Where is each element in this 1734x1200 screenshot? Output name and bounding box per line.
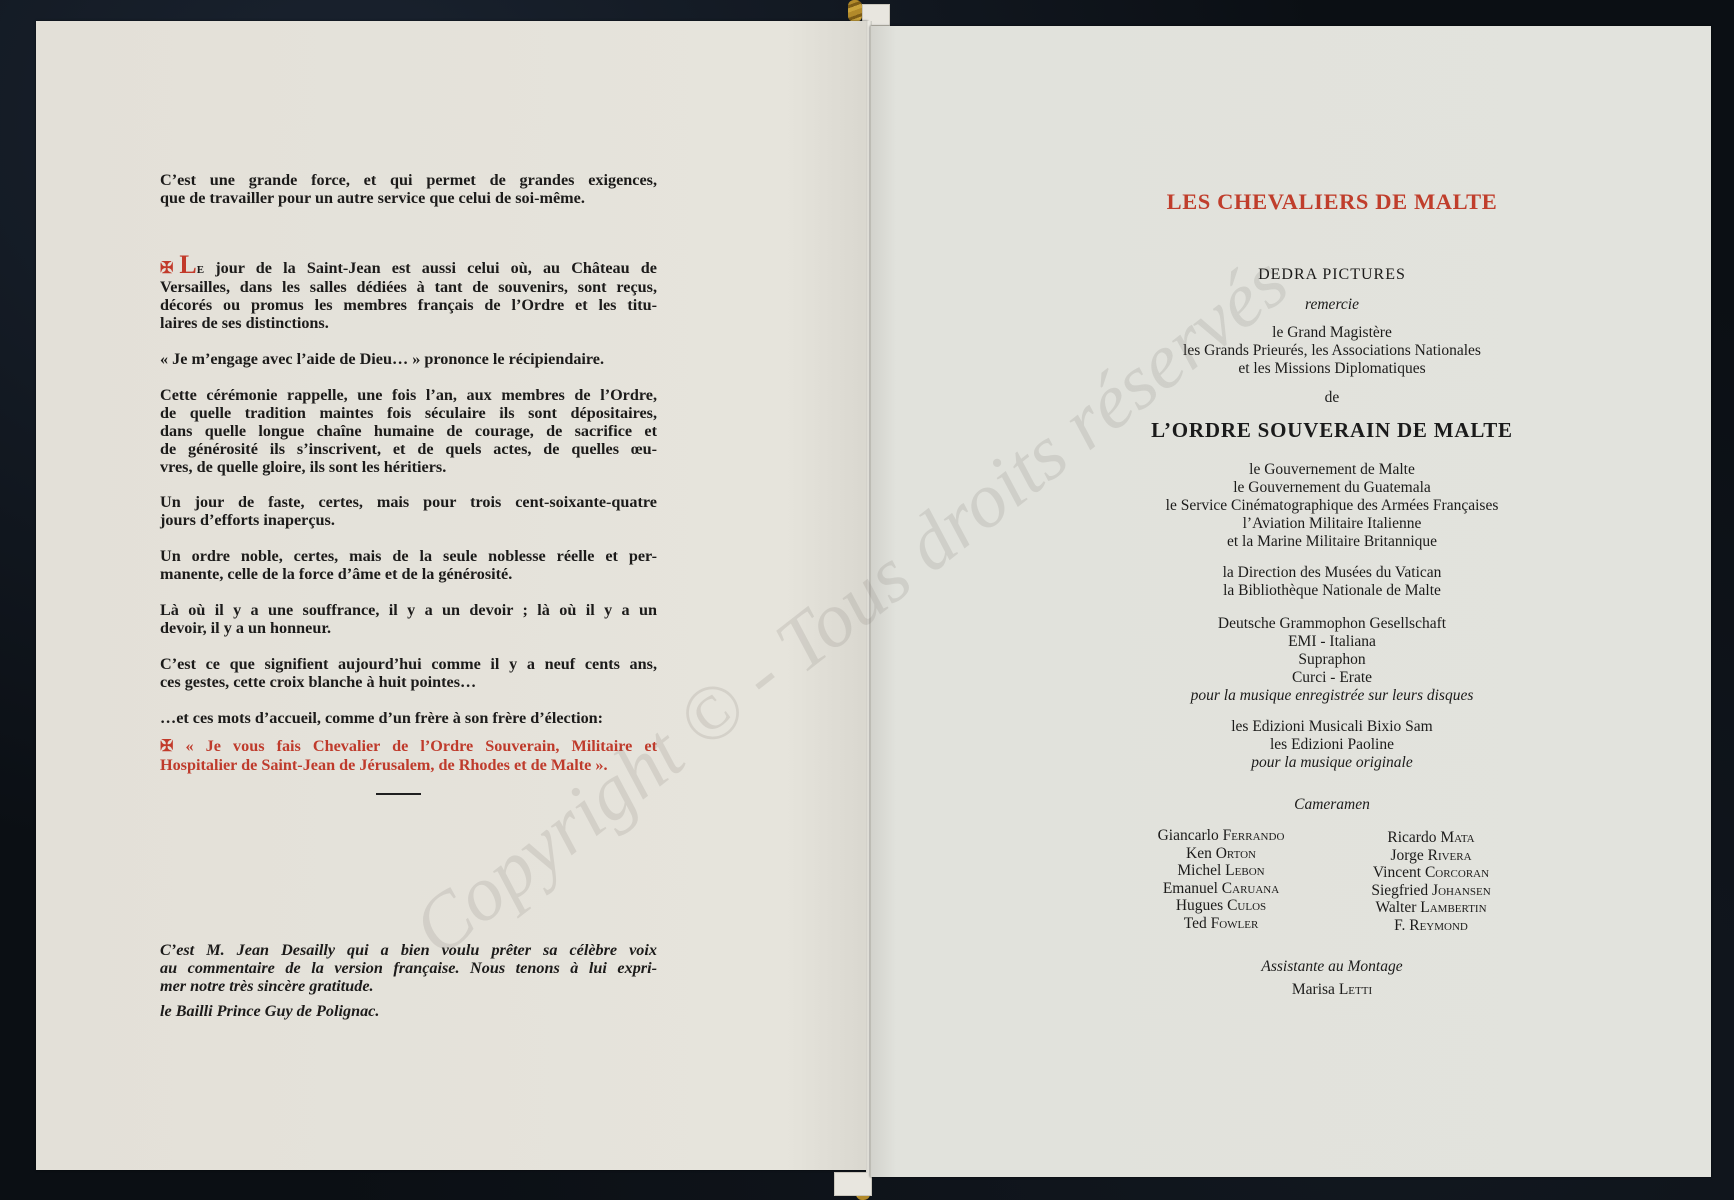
drop-cap: L xyxy=(179,250,196,279)
text-line: ces gestes, cette croix blanche à huit p… xyxy=(160,673,657,691)
text-line: Hospitalier de Saint-Jean de Jérusalem, … xyxy=(160,756,657,774)
text-line: Versailles, dans les salles dédiées à ta… xyxy=(160,278,657,296)
credit-note: pour la musique enregistrée sur leurs di… xyxy=(1082,687,1582,705)
cameraman-name: Vincent Corcoran xyxy=(1311,864,1551,882)
text-line: que de travailler pour un autre service … xyxy=(160,189,657,207)
last-name: Culos xyxy=(1227,897,1266,914)
last-name: Fowler xyxy=(1211,915,1259,932)
last-name: Letti xyxy=(1339,981,1372,998)
text-line: manente, celle de la force d’âme et de l… xyxy=(160,565,657,583)
group-magistere: le Grand Magistère les Grands Prieurés, … xyxy=(1082,324,1582,378)
group-institutions: la Direction des Musées du Vatican la Bi… xyxy=(1082,564,1582,600)
text-line: au commentaire de la version française. … xyxy=(160,959,657,977)
first-name: Emanuel xyxy=(1163,880,1222,897)
last-name: Reymond xyxy=(1409,917,1468,934)
first-name: Vincent xyxy=(1373,864,1425,881)
oath-quote: ✠ « Je vous fais Chevalier de l’Ordre So… xyxy=(160,737,657,774)
paragraph-engage: « Je m’engage avec l’aide de Dieu… » pro… xyxy=(160,350,657,368)
last-name: Mata xyxy=(1440,829,1474,846)
credit-line: le Gouvernement de Malte xyxy=(1082,461,1582,479)
text-line: …et ces mots d’accueil, comme d’un frère… xyxy=(160,709,657,727)
text-line: jours d’efforts inaperçus. xyxy=(160,511,657,529)
cameraman-name: Emanuel Caruana xyxy=(1101,880,1341,898)
cameraman-name: Siegfried Johansen xyxy=(1311,882,1551,900)
group-governments: le Gouvernement de Malte le Gouvernement… xyxy=(1082,461,1582,551)
cameraman-name: Ted Fowler xyxy=(1101,915,1341,933)
text-line: devoir, il y a un honneur. xyxy=(160,619,657,637)
text-line: laires de ses distinctions. xyxy=(160,314,657,332)
paragraph-force: C’est une grande force, et qui permet de… xyxy=(160,171,657,207)
paragraph-accueil: …et ces mots d’accueil, comme d’un frère… xyxy=(160,709,657,727)
text-line: ✠Le jour de la Saint-Jean est aussi celu… xyxy=(160,256,657,278)
cameraman-name: Walter Lambertin xyxy=(1311,899,1551,917)
text-line: Un jour de faste, certes, mais pour troi… xyxy=(160,493,657,511)
text-line: C’est ce que signifient aujourd’hui comm… xyxy=(160,655,657,673)
binding-tab-bottom xyxy=(834,1172,872,1196)
studio-name: DEDRA PICTURES xyxy=(1082,266,1582,284)
first-name: Ted xyxy=(1184,915,1211,932)
cameraman-name: Ken Orton xyxy=(1101,845,1341,863)
maltese-cross-icon: ✠ xyxy=(160,738,173,755)
text-line: C’est une grande force, et qui permet de… xyxy=(160,171,657,189)
last-name: Ferrando xyxy=(1223,827,1285,844)
credit-line: les Edizioni Paoline xyxy=(1082,736,1582,754)
maltese-cross-icon: ✠ xyxy=(160,260,173,277)
de-label: de xyxy=(1082,389,1582,407)
paragraph-devoir: Là où il y a une souffrance, il y a un d… xyxy=(160,601,657,637)
text-line: Un ordre noble, certes, mais de la seule… xyxy=(160,547,657,565)
paragraph-ordre-noble: Un ordre noble, certes, mais de la seule… xyxy=(160,547,657,583)
text-line: de générosité ils s’inscrivent, et de qu… xyxy=(160,440,657,458)
text-line: décorés ou promus les membres français d… xyxy=(160,296,657,314)
text-line: Là où il y a une souffrance, il y a un d… xyxy=(160,601,657,619)
text-line: mer notre très sincère gratitude. xyxy=(160,977,657,995)
thanks-label: remercie xyxy=(1082,296,1582,314)
cameramen-heading: Cameramen xyxy=(1082,796,1582,814)
last-name: Johansen xyxy=(1432,882,1491,899)
text-span: jour de la Saint-Jean est aussi celui où… xyxy=(204,259,657,277)
assistant-heading: Assistante au Montage xyxy=(1082,958,1582,976)
credit-note: pour la musique originale xyxy=(1082,754,1582,772)
paragraph-signifient: C’est ce que signifient aujourd’hui comm… xyxy=(160,655,657,691)
credit-line: le Service Cinématographique des Armées … xyxy=(1082,497,1582,515)
credit-line: et la Marine Militaire Britannique xyxy=(1082,533,1582,551)
paragraph-faste: Un jour de faste, certes, mais pour troi… xyxy=(160,493,657,529)
last-name: Lambertin xyxy=(1420,899,1486,916)
binding-cord-top xyxy=(848,0,862,22)
cameraman-name: Hugues Culos xyxy=(1101,897,1341,915)
last-name: Corcoran xyxy=(1425,864,1489,881)
cameramen-list-left: Giancarlo FerrandoKen OrtonMichel LebonE… xyxy=(1101,827,1341,933)
first-name: F. xyxy=(1394,917,1409,934)
cameraman-name: F. Reymond xyxy=(1311,917,1551,935)
text-span: « Je vous fais Chevalier de l’Ordre Souv… xyxy=(173,737,657,755)
first-name: Giancarlo xyxy=(1158,827,1223,844)
divider-rule xyxy=(376,793,421,795)
text-line: dans quelle longue chaîne humaine de cou… xyxy=(160,422,657,440)
group-record-labels: Deutsche Grammophon Gesellschaft EMI - I… xyxy=(1082,615,1582,705)
last-name: Lebon xyxy=(1225,862,1264,879)
paragraph-ceremonie: Cette cérémonie rappelle, une fois l’an,… xyxy=(160,386,657,476)
text-line: Cette cérémonie rappelle, une fois l’an,… xyxy=(160,386,657,404)
credit-line: le Gouvernement du Guatemala xyxy=(1082,479,1582,497)
group-publishers: les Edizioni Musicali Bixio Sam les Ediz… xyxy=(1082,718,1582,772)
first-name: Marisa xyxy=(1292,981,1335,998)
last-name: Caruana xyxy=(1222,880,1279,897)
order-title: L’ORDRE SOUVERAIN DE MALTE xyxy=(1082,421,1582,439)
credit-line: l’Aviation Militaire Italienne xyxy=(1082,515,1582,533)
paragraph-saint-jean: ✠Le jour de la Saint-Jean est aussi celu… xyxy=(160,256,657,332)
first-name: Hugues xyxy=(1176,897,1227,914)
first-name: Ricardo xyxy=(1387,829,1440,846)
credit-line: la Direction des Musées du Vatican xyxy=(1082,564,1582,582)
cameraman-name: Michel Lebon xyxy=(1101,862,1341,880)
page-title: LES CHEVALIERS DE MALTE xyxy=(1082,193,1582,211)
credit-line: Supraphon xyxy=(1082,651,1582,669)
credit-line: les Edizioni Musicali Bixio Sam xyxy=(1082,718,1582,736)
cameraman-name: Jorge Rivera xyxy=(1311,847,1551,865)
text-line: ✠ « Je vous fais Chevalier de l’Ordre So… xyxy=(160,737,657,756)
signature: le Bailli Prince Guy de Polignac. xyxy=(160,1002,657,1020)
first-name: Jorge xyxy=(1390,847,1427,864)
acknowledgement-note: C’est M. Jean Desailly qui a bien voulu … xyxy=(160,941,657,1020)
cameramen-list-right: Ricardo MataJorge RiveraVincent Corcoran… xyxy=(1311,829,1551,935)
text-line: « Je m’engage avec l’aide de Dieu… » pro… xyxy=(160,350,657,368)
last-name: Rivera xyxy=(1428,847,1472,864)
first-name: Michel xyxy=(1177,862,1225,879)
small-cap: e xyxy=(197,259,204,277)
assistant-name: Marisa Letti xyxy=(1082,981,1582,999)
credit-line: et les Missions Diplomatiques xyxy=(1082,360,1582,378)
cameraman-name: Giancarlo Ferrando xyxy=(1101,827,1341,845)
cameraman-name: Ricardo Mata xyxy=(1311,829,1551,847)
credit-line: le Grand Magistère xyxy=(1082,324,1582,342)
last-name: Orton xyxy=(1216,845,1256,862)
credit-line: les Grands Prieurés, les Associations Na… xyxy=(1082,342,1582,360)
text-line: de quelle tradition maintes fois séculai… xyxy=(160,404,657,422)
credit-line: EMI - Italiana xyxy=(1082,633,1582,651)
credit-line: la Bibliothèque Nationale de Malte xyxy=(1082,582,1582,600)
first-name: Ken xyxy=(1186,845,1216,862)
text-line: vres, de quelle gloire, ils sont les hér… xyxy=(160,458,657,476)
first-name: Walter xyxy=(1375,899,1420,916)
credit-line: Curci - Erate xyxy=(1082,669,1582,687)
credit-line: Deutsche Grammophon Gesellschaft xyxy=(1082,615,1582,633)
text-line: C’est M. Jean Desailly qui a bien voulu … xyxy=(160,941,657,959)
first-name: Siegfried xyxy=(1371,882,1432,899)
